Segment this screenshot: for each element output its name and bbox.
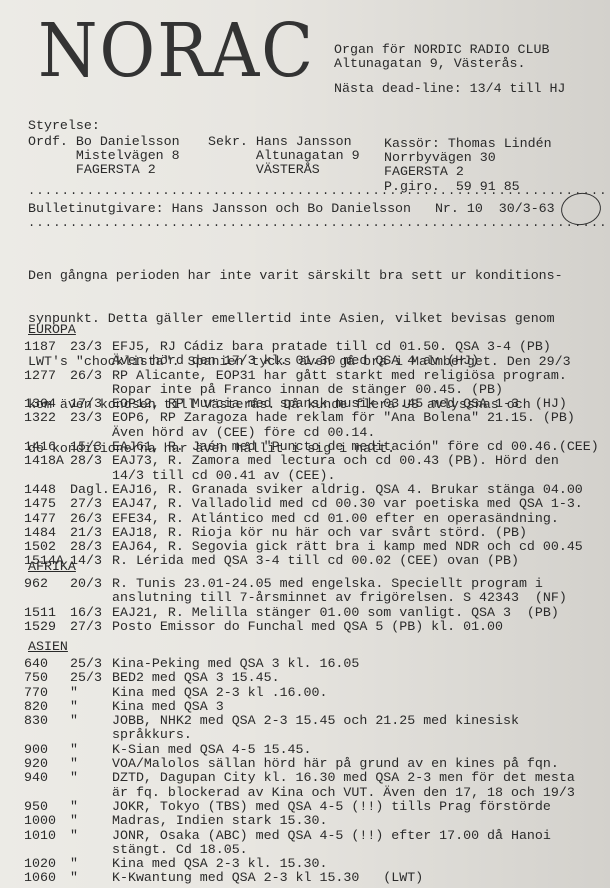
date (70, 354, 112, 368)
log-entry: 820"Kina med QSA 3 (24, 700, 575, 714)
date: 26/3 (70, 369, 112, 383)
log-text: K-Sian med QSA 4-5 15.45. (112, 743, 575, 757)
frequency (24, 469, 70, 483)
log-text: EAJ47, R. Valladolid med cd 00.30 var po… (112, 497, 599, 511)
log-entry: 1448Dagl.EAJ16, R. Granada sviker aldrig… (24, 483, 599, 497)
frequency (24, 591, 70, 605)
log-text: EOP12, RP Murcia med spansk musik 03.45 … (112, 397, 599, 411)
frequency: 1020 (24, 857, 70, 871)
log-entry-continuation: är fq. blockerad av Kina och VUT. Även d… (24, 786, 575, 800)
date: " (70, 700, 112, 714)
date: " (70, 743, 112, 757)
log-text: anslutning till 7-årsminnet av frigörels… (112, 591, 567, 605)
deadline-note: Nästa dead-line: 13/4 till HJ (334, 81, 565, 96)
log-entry: 130417/3EOP12, RP Murcia med spansk musi… (24, 397, 599, 411)
log-entry: 1418A28/3EAJ73, R. Zamora med lectura oc… (24, 454, 599, 468)
log-text: Kina med QSA 2-3 kl. 15.30. (112, 857, 575, 871)
log-entry: 127726/3RP Alicante, EOP31 har gått star… (24, 369, 599, 383)
date: 14/3 (70, 554, 112, 568)
log-entry: 148421/3EAJ18, R. Rioja kör nu här och v… (24, 526, 599, 540)
frequency: 640 (24, 657, 70, 671)
log-entry-continuation: Ropar inte på Franco innan de stänger 00… (24, 383, 599, 397)
frequency: 962 (24, 577, 70, 591)
log-text: VOA/Malolos sällan hörd här på grund av … (112, 757, 575, 771)
date: 16/3 (70, 606, 112, 620)
log-entry: 920"VOA/Malolos sällan hörd här på grund… (24, 757, 575, 771)
log-text: Även hörd av (CEE) före cd 00.14. (112, 426, 599, 440)
log-text: EFE34, R. Atlántico med cd 01.00 efter e… (112, 512, 599, 526)
date: 28/3 (70, 454, 112, 468)
frequency: 1502 (24, 540, 70, 554)
log-entry: 151116/3EAJ21, R. Melilla stänger 01.00 … (24, 606, 567, 620)
section-heading-europa: EUROPA (28, 322, 76, 337)
frequency: 1060 (24, 871, 70, 885)
date: 25/3 (70, 671, 112, 685)
log-list-asien: 64025/3Kina-Peking med QSA 3 kl. 16.0575… (24, 657, 575, 886)
log-entry-continuation: 14/3 till cd 00.41 av (CEE). (24, 469, 599, 483)
bulletin-editors: Bulletinutgivare: Hans Jansson och Bo Da… (28, 201, 555, 216)
log-text: EAJ21, R. Melilla stänger 01.00 som vanl… (112, 606, 567, 620)
log-text: RP Alicante, EOP31 har gått starkt med r… (112, 369, 599, 383)
board-chair: Ordf. Bo Danielsson Mistelvägen 8 FAGERS… (28, 135, 180, 178)
log-entry: 1060"K-Kwantung med QSA 2-3 kl 15.30 (LW… (24, 871, 575, 885)
frequency: 1529 (24, 620, 70, 634)
date: " (70, 871, 112, 885)
log-text: stängt. Cd 18.05. (112, 843, 575, 857)
date (70, 728, 112, 742)
log-entry-continuation: språkkurs. (24, 728, 575, 742)
section-heading-afrika: AFRIKA (28, 559, 76, 574)
log-entry: 1514A14/3R. Lérida med QSA 3-4 till cd 0… (24, 554, 599, 568)
log-text: är fq. blockerad av Kina och VUT. Även d… (112, 786, 575, 800)
frequency: 1416 (24, 440, 70, 454)
date: " (70, 714, 112, 728)
log-list-afrika: 96220/3R. Tunis 23.01-24.05 med engelska… (24, 577, 567, 634)
masthead-title: NORAC (38, 14, 315, 88)
log-text: EAJ64, R. Segovia gick rätt bra i kamp m… (112, 540, 599, 554)
date: " (70, 771, 112, 785)
log-entry-continuation: Även hörd av (CEE) före cd 00.14. (24, 426, 599, 440)
log-text: R. Lérida med QSA 3-4 till cd 00.02 (CEE… (112, 554, 599, 568)
log-text: EAJ61, R. Jaén med "Puncto de meditación… (112, 440, 599, 454)
frequency (24, 786, 70, 800)
date: 21/3 (70, 526, 112, 540)
date (70, 591, 112, 605)
log-entry: 64025/3Kina-Peking med QSA 3 kl. 16.05 (24, 657, 575, 671)
date: 20/3 (70, 577, 112, 591)
date: 23/3 (70, 340, 112, 354)
log-text: Kina med QSA 2-3 kl .16.00. (112, 686, 575, 700)
log-entry: 118723/3EFJ5, RJ Cádiz bara pratade till… (24, 340, 599, 354)
frequency: 1511 (24, 606, 70, 620)
log-entry: 1010"JONR, Osaka (ABC) med QSA 4-5 (!!) … (24, 829, 575, 843)
log-text: EAJ73, R. Zamora med lectura och cd 00.4… (112, 454, 599, 468)
log-text: EOP6, RP Zaragoza hade reklam för "Ana B… (112, 411, 599, 425)
date: 17/3 (70, 397, 112, 411)
frequency: 1304 (24, 397, 70, 411)
frequency: 1000 (24, 814, 70, 828)
log-entry-continuation: anslutning till 7-årsminnet av frigörels… (24, 591, 567, 605)
frequency (24, 383, 70, 397)
log-text: EAJ16, R. Granada sviker aldrig. QSA 4. … (112, 483, 599, 497)
log-list-europa: 118723/3EFJ5, RJ Cádiz bara pratade till… (24, 340, 599, 569)
frequency (24, 426, 70, 440)
frequency: 830 (24, 714, 70, 728)
frequency: 950 (24, 800, 70, 814)
log-entry: 147527/3EAJ47, R. Valladolid med cd 00.3… (24, 497, 599, 511)
frequency: 920 (24, 757, 70, 771)
separator-top: ........................................… (28, 184, 608, 198)
log-text: Ropar inte på Franco innan de stänger 00… (112, 383, 599, 397)
date: " (70, 829, 112, 843)
frequency: 1418A (24, 454, 70, 468)
frequency: 900 (24, 743, 70, 757)
org-address: Altunagatan 9, Västerås. (334, 57, 549, 71)
log-entry: 1020"Kina med QSA 2-3 kl. 15.30. (24, 857, 575, 871)
frequency: 940 (24, 771, 70, 785)
date: 27/3 (70, 620, 112, 634)
date (70, 469, 112, 483)
board-label: Styrelse: (28, 118, 100, 133)
org-name: Organ för NORDIC RADIO CLUB (334, 43, 549, 57)
date (70, 786, 112, 800)
log-entry: 900"K-Sian med QSA 4-5 15.45. (24, 743, 575, 757)
separator-bottom: ........................................… (28, 216, 608, 230)
date: 27/3 (70, 497, 112, 511)
log-entry: 96220/3R. Tunis 23.01-24.05 med engelska… (24, 577, 567, 591)
log-text: Madras, Indien stark 15.30. (112, 814, 575, 828)
log-entry: 152927/3Posto Emissor do Funchal med QSA… (24, 620, 567, 634)
frequency: 1010 (24, 829, 70, 843)
date: 25/3 (70, 657, 112, 671)
date: 28/3 (70, 540, 112, 554)
date: 26/3 (70, 512, 112, 526)
date: 23/3 (70, 411, 112, 425)
log-text: språkkurs. (112, 728, 575, 742)
date: " (70, 800, 112, 814)
log-text: JONR, Osaka (ABC) med QSA 4-5 (!!) efter… (112, 829, 575, 843)
frequency: 1477 (24, 512, 70, 526)
date: " (70, 757, 112, 771)
log-entry: 940"DZTD, Dagupan City kl. 16.30 med QSA… (24, 771, 575, 785)
organization-info: Organ för NORDIC RADIO CLUB Altunagatan … (334, 43, 549, 71)
log-entry: 950"JOKR, Tokyo (TBS) med QSA 4-5 (!!) t… (24, 800, 575, 814)
log-entry: 770"Kina med QSA 2-3 kl .16.00. (24, 686, 575, 700)
board-secretary: Sekr. Hans Jansson Altunagatan 9 VÄSTERÅ… (208, 135, 360, 178)
date: Dagl. (70, 483, 112, 497)
log-entry: 75025/3BED2 med QSA 3 15.45. (24, 671, 575, 685)
frequency (24, 354, 70, 368)
log-text: JOBB, NHK2 med QSA 2-3 15.45 och 21.25 m… (112, 714, 575, 728)
newsletter-page: NORAC Organ för NORDIC RADIO CLUB Altuna… (0, 0, 610, 888)
frequency: 1484 (24, 526, 70, 540)
date: 15/3 (70, 440, 112, 454)
frequency (24, 728, 70, 742)
log-entry: 1000"Madras, Indien stark 15.30. (24, 814, 575, 828)
frequency: 1322 (24, 411, 70, 425)
frequency (24, 843, 70, 857)
log-text: Posto Emissor do Funchal med QSA 5 (PB) … (112, 620, 567, 634)
section-heading-asien: ASIEN (28, 639, 68, 654)
date: " (70, 814, 112, 828)
log-text: EFJ5, RJ Cádiz bara pratade till cd 01.5… (112, 340, 599, 354)
log-entry: 830"JOBB, NHK2 med QSA 2-3 15.45 och 21.… (24, 714, 575, 728)
log-text: Även hörd den 17/3 kl. 01.30 med QSA 4 a… (112, 354, 599, 368)
date (70, 383, 112, 397)
frequency: 1187 (24, 340, 70, 354)
date: " (70, 686, 112, 700)
date (70, 843, 112, 857)
log-entry: 147726/3EFE34, R. Atlántico med cd 01.00… (24, 512, 599, 526)
frequency: 1277 (24, 369, 70, 383)
log-text: 14/3 till cd 00.41 av (CEE). (112, 469, 599, 483)
frequency: 770 (24, 686, 70, 700)
log-text: K-Kwantung med QSA 2-3 kl 15.30 (LWT) (112, 871, 575, 885)
date: " (70, 857, 112, 871)
log-text: R. Tunis 23.01-24.05 med engelska. Speci… (112, 577, 567, 591)
frequency: 750 (24, 671, 70, 685)
log-text: DZTD, Dagupan City kl. 16.30 med QSA 2-3… (112, 771, 575, 785)
frequency: 1448 (24, 483, 70, 497)
log-text: EAJ18, R. Rioja kör nu här och var svårt… (112, 526, 599, 540)
log-entry: 141615/3EAJ61, R. Jaén med "Puncto de me… (24, 440, 599, 454)
frequency: 1475 (24, 497, 70, 511)
log-entry: 132223/3EOP6, RP Zaragoza hade reklam fö… (24, 411, 599, 425)
log-entry-continuation: stängt. Cd 18.05. (24, 843, 575, 857)
date (70, 426, 112, 440)
log-entry-continuation: Även hörd den 17/3 kl. 01.30 med QSA 4 a… (24, 354, 599, 368)
log-text: JOKR, Tokyo (TBS) med QSA 4-5 (!!) tills… (112, 800, 575, 814)
log-text: Kina med QSA 3 (112, 700, 575, 714)
log-text: BED2 med QSA 3 15.45. (112, 671, 575, 685)
log-entry: 150228/3EAJ64, R. Segovia gick rätt bra … (24, 540, 599, 554)
frequency: 820 (24, 700, 70, 714)
log-text: Kina-Peking med QSA 3 kl. 16.05 (112, 657, 575, 671)
